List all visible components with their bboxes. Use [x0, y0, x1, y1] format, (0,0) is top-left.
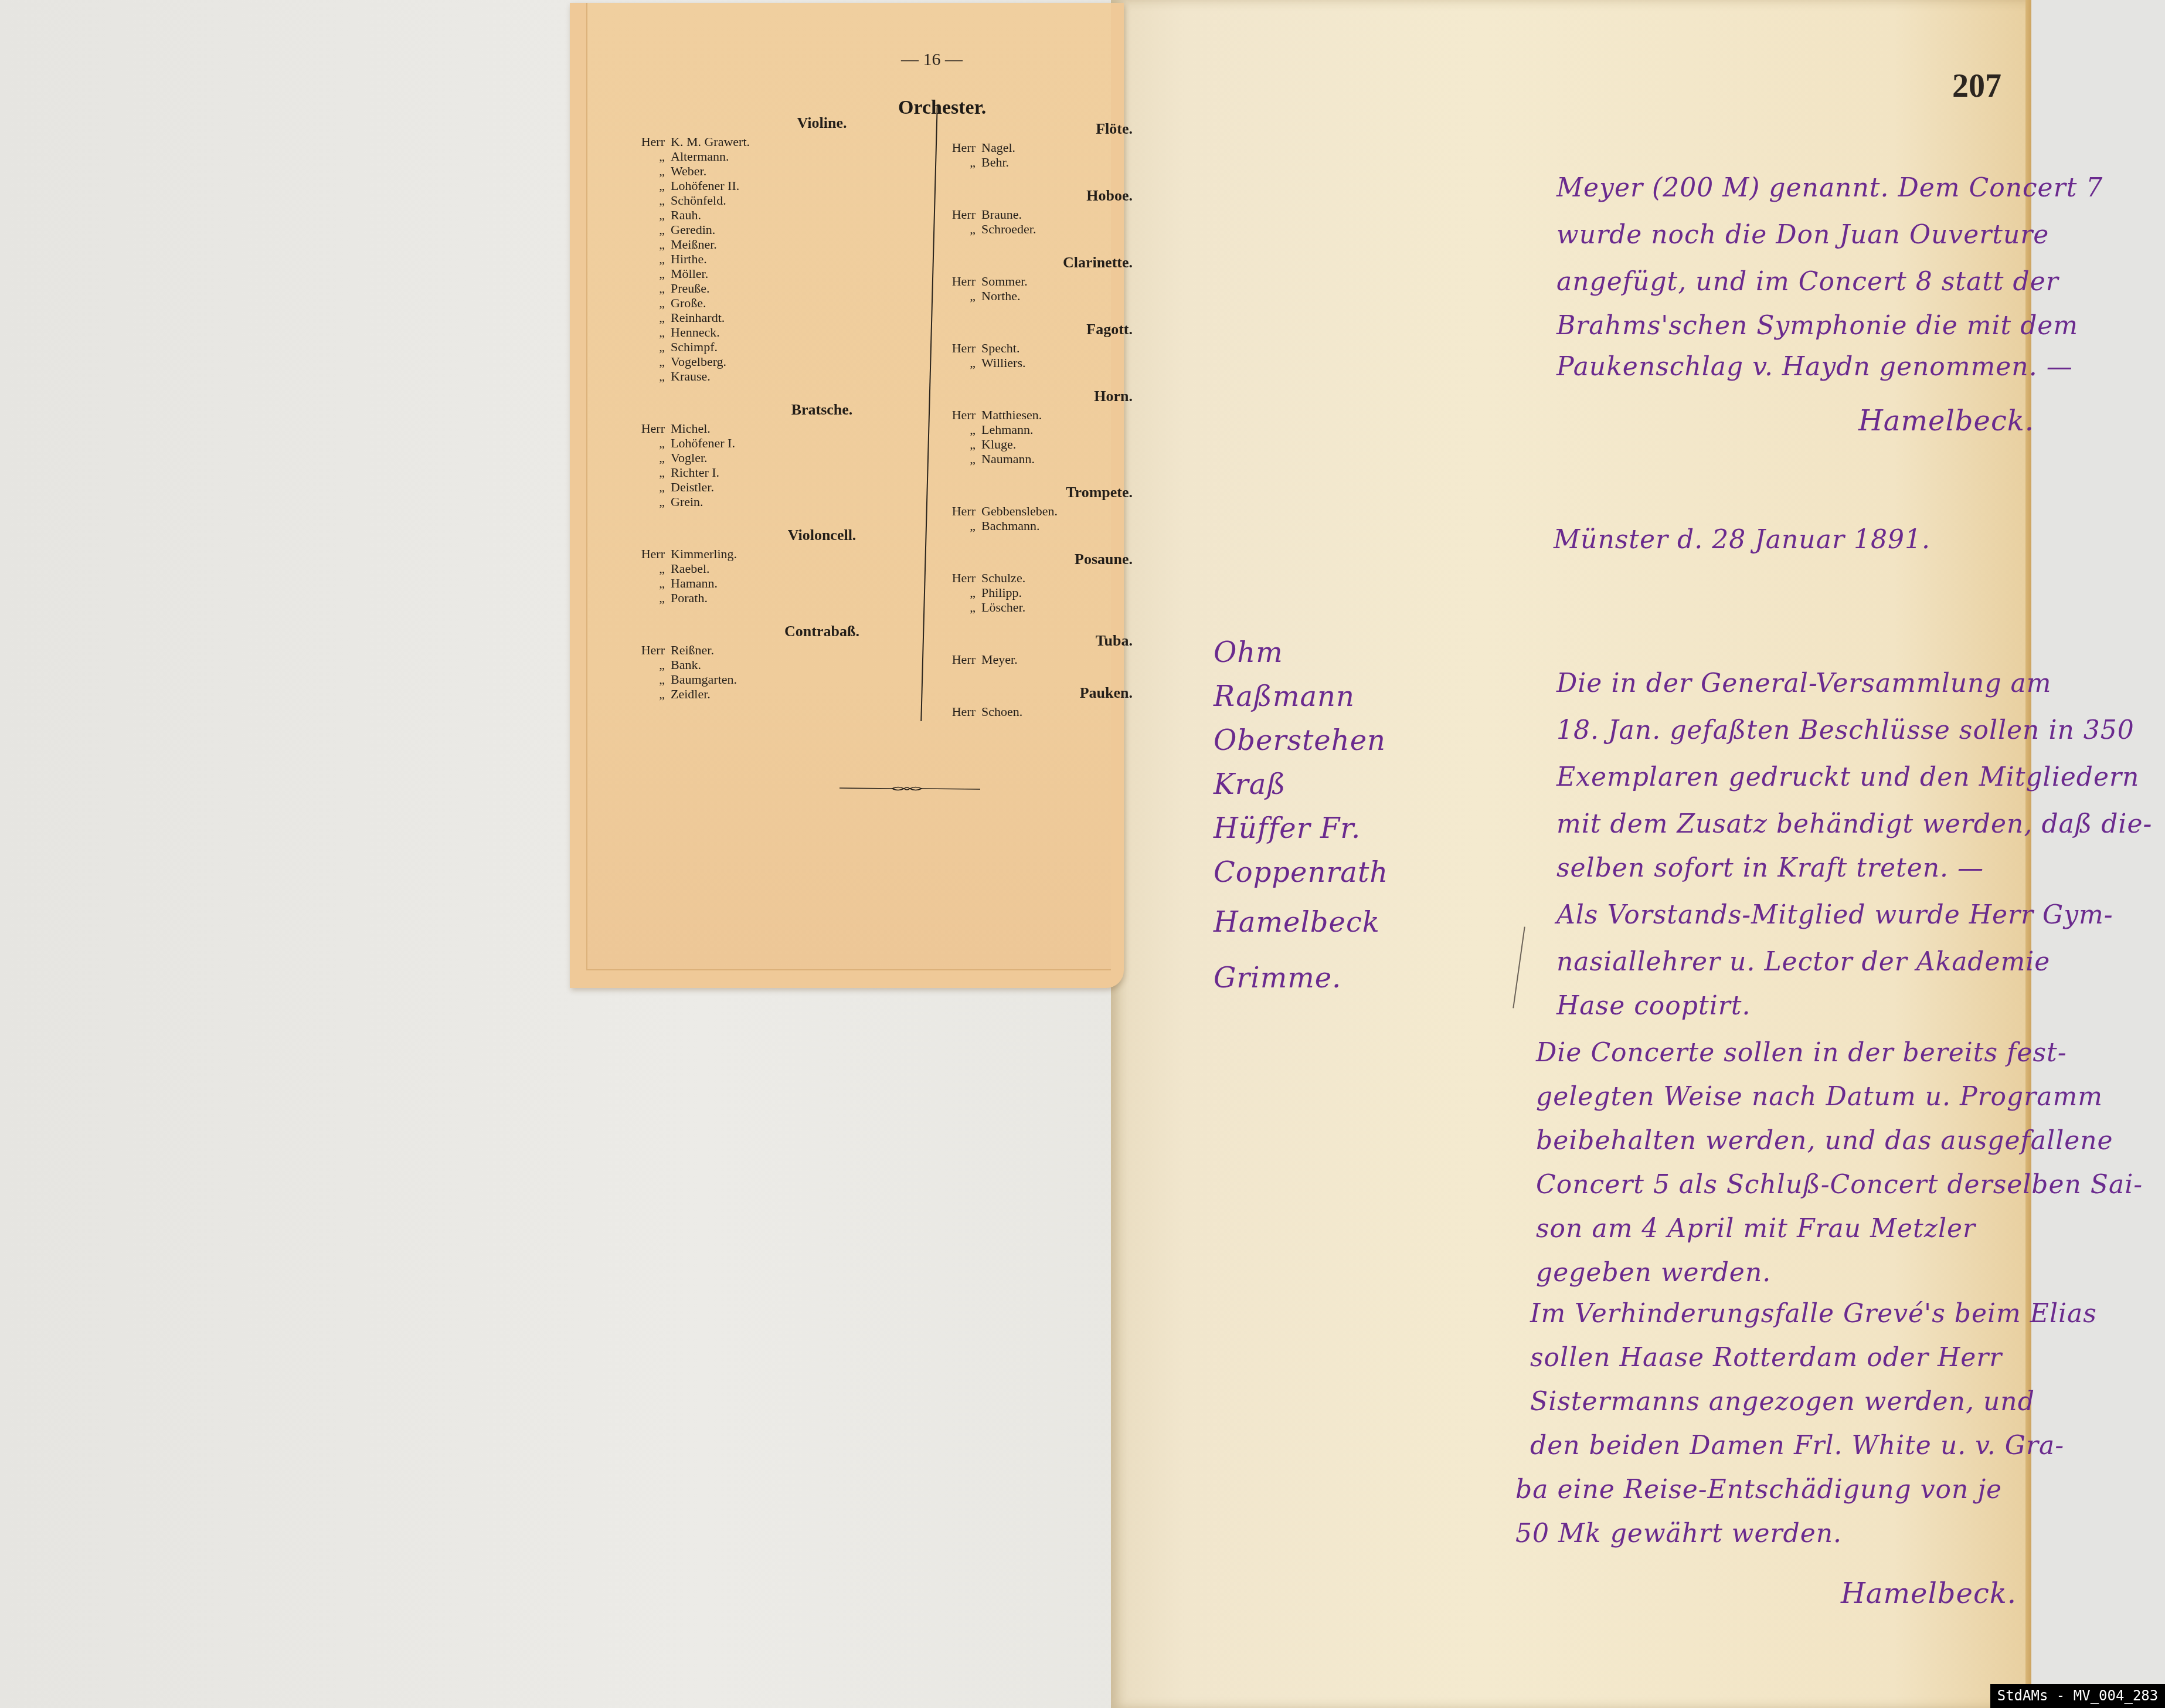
- signature: Hamelbeck.: [1841, 1577, 2017, 1610]
- member-name: Meißner.: [671, 237, 717, 252]
- section-heading: Tuba.: [945, 632, 1138, 650]
- member-name: Preuße.: [671, 281, 710, 296]
- member-prefix: „: [634, 687, 665, 701]
- member-name: Kluge.: [981, 437, 1016, 451]
- member-row: „Deistler.: [634, 480, 916, 494]
- instrument-section: Fagott.HerrSpecht.„Williers.: [945, 321, 1138, 370]
- member-prefix: „: [634, 178, 665, 193]
- member-prefix: „: [634, 237, 665, 252]
- member-row: „Geredin.: [634, 222, 916, 237]
- handwritten-line: Die Concerte sollen in der bereits fest-: [1536, 1038, 2067, 1068]
- section-heading: Pauken.: [945, 684, 1138, 702]
- member-row: „Schroeder.: [945, 222, 1138, 236]
- member-prefix: „: [634, 450, 665, 465]
- section-heading: Flöte.: [945, 120, 1138, 138]
- member-row: „Raebel.: [634, 561, 916, 576]
- instrument-section: Trompete.HerrGebbensleben.„Bachmann.: [945, 484, 1138, 533]
- section-heading: Violine.: [634, 114, 916, 132]
- member-row: „Lehmann.: [945, 422, 1138, 437]
- member-prefix: „: [634, 657, 665, 672]
- member-name: Rauh.: [671, 208, 701, 222]
- member-prefix: Herr: [945, 408, 976, 422]
- member-name: Bank.: [671, 657, 701, 672]
- member-prefix: Herr: [945, 571, 976, 585]
- section-heading: Hoboe.: [945, 187, 1138, 205]
- member-prefix: „: [634, 266, 665, 281]
- member-name: Reißner.: [671, 643, 714, 657]
- member-prefix: Herr: [945, 704, 976, 719]
- member-row: HerrReißner.: [634, 643, 916, 657]
- member-prefix: Herr: [634, 643, 665, 657]
- member-name: Lohöfener I.: [671, 436, 735, 450]
- member-row: HerrSpecht.: [945, 341, 1138, 355]
- member-row: HerrK. M. Grawert.: [634, 134, 916, 149]
- member-name: Grein.: [671, 494, 703, 509]
- member-name: Lehmann.: [981, 422, 1034, 437]
- handwritten-line: 50 Mk gewährt werden.: [1515, 1519, 1842, 1549]
- handwritten-line: son am 4 April mit Frau Metzler: [1536, 1214, 1976, 1244]
- member-name: Behr.: [981, 155, 1009, 169]
- column-divider: [920, 106, 937, 721]
- handwritten-line: ba eine Reise-Entschädigung von je: [1515, 1475, 2002, 1505]
- member-name: Altermann.: [671, 149, 729, 164]
- member-row: „Rauh.: [634, 208, 916, 222]
- member-name: Meyer.: [981, 652, 1018, 667]
- member-prefix: Herr: [945, 274, 976, 288]
- member-row: HerrMatthiesen.: [945, 408, 1138, 422]
- member-name: Nagel.: [981, 140, 1015, 155]
- attendee: Grimme.: [1214, 962, 1341, 994]
- member-name: Baumgarten.: [671, 672, 737, 687]
- member-row: HerrKimmerling.: [634, 546, 916, 561]
- member-prefix: „: [634, 310, 665, 325]
- attendee: Coppenrath: [1214, 856, 1388, 889]
- member-prefix: „: [634, 494, 665, 509]
- instrument-section: Horn.HerrMatthiesen.„Lehmann.„Kluge.„Nau…: [945, 388, 1138, 466]
- member-row: „Krause.: [634, 369, 916, 383]
- member-name: Reinhardt.: [671, 310, 725, 325]
- member-row: HerrBraune.: [945, 207, 1138, 222]
- instrument-section: Violine.HerrK. M. Grawert.„Altermann.„We…: [634, 114, 916, 383]
- member-name: Northe.: [981, 288, 1021, 303]
- member-row: „Lohöfener II.: [634, 178, 916, 193]
- member-row: „Behr.: [945, 155, 1138, 169]
- member-name: Schulze.: [981, 571, 1025, 585]
- handwritten-line: gelegten Weise nach Datum u. Programm: [1536, 1082, 2103, 1112]
- member-prefix: Herr: [945, 504, 976, 518]
- member-row: „Schimpf.: [634, 339, 916, 354]
- member-prefix: „: [634, 590, 665, 605]
- member-row: „Porath.: [634, 590, 916, 605]
- member-name: Michel.: [671, 421, 711, 436]
- member-prefix: „: [634, 672, 665, 687]
- member-name: Sommer.: [981, 274, 1028, 288]
- member-name: Große.: [671, 296, 706, 310]
- member-row: „Grein.: [634, 494, 916, 509]
- member-row: HerrSchoen.: [945, 704, 1138, 719]
- member-prefix: „: [634, 369, 665, 383]
- member-prefix: „: [634, 436, 665, 450]
- instrument-section: Pauken.HerrSchoen.: [945, 684, 1138, 719]
- section-heading: Fagott.: [945, 321, 1138, 338]
- program-page: — 16 — Orchester. Violine.HerrK. M. Graw…: [586, 3, 1111, 970]
- member-row: „Schönfeld.: [634, 193, 916, 208]
- member-prefix: „: [634, 252, 665, 266]
- member-name: Zeidler.: [671, 687, 711, 701]
- member-name: Gebbensleben.: [981, 504, 1058, 518]
- member-name: Hamann.: [671, 576, 718, 590]
- handwritten-line: Concert 5 als Schluß-Concert derselben S…: [1536, 1170, 2143, 1200]
- handwritten-line: wurde noch die Don Juan Ouverture: [1556, 220, 2049, 250]
- member-prefix: „: [945, 355, 976, 370]
- member-prefix: „: [945, 518, 976, 533]
- member-name: Vogler.: [671, 450, 708, 465]
- member-name: Geredin.: [671, 222, 715, 237]
- member-prefix: „: [634, 480, 665, 494]
- member-row: „Hamann.: [634, 576, 916, 590]
- member-name: Deistler.: [671, 480, 714, 494]
- member-prefix: „: [945, 600, 976, 614]
- member-name: Specht.: [981, 341, 1019, 355]
- ornament-divider-icon: [840, 786, 980, 792]
- handwritten-line: gegeben werden.: [1536, 1258, 1771, 1288]
- member-row: „Vogler.: [634, 450, 916, 465]
- member-name: Williers.: [981, 355, 1026, 370]
- member-row: „Möller.: [634, 266, 916, 281]
- member-name: Raebel.: [671, 561, 710, 576]
- member-prefix: „: [945, 155, 976, 169]
- signature: Hamelbeck.: [1858, 405, 2034, 437]
- member-row: „Löscher.: [945, 600, 1138, 614]
- member-row: „Richter I.: [634, 465, 916, 480]
- handwritten-line: mit dem Zusatz behändigt werden, daß die…: [1556, 809, 2152, 839]
- member-prefix: Herr: [634, 421, 665, 436]
- member-prefix: Herr: [945, 207, 976, 222]
- member-row: „Baumgarten.: [634, 672, 916, 687]
- member-prefix: „: [634, 281, 665, 296]
- date-line: Münster d. 28 Januar 1891.: [1554, 525, 1931, 555]
- member-prefix: Herr: [945, 652, 976, 667]
- member-prefix: „: [634, 222, 665, 237]
- section-heading: Clarinette.: [945, 254, 1138, 271]
- member-name: Richter I.: [671, 465, 719, 480]
- member-row: „Große.: [634, 296, 916, 310]
- member-name: Schönfeld.: [671, 193, 726, 208]
- program-sheet: — 16 — Orchester. Violine.HerrK. M. Graw…: [570, 3, 1124, 988]
- instrument-section: Bratsche.HerrMichel.„Lohöfener I.„Vogler…: [634, 401, 916, 509]
- handwritten-line: Als Vorstands-Mitglied wurde Herr Gym-: [1556, 900, 2113, 930]
- member-name: Schoen.: [981, 704, 1022, 719]
- member-name: Matthiesen.: [981, 408, 1042, 422]
- member-prefix: „: [945, 437, 976, 451]
- member-row: HerrSchulze.: [945, 571, 1138, 585]
- member-row: HerrNagel.: [945, 140, 1138, 155]
- section-heading: Contrabaß.: [634, 623, 916, 640]
- member-name: Porath.: [671, 590, 708, 605]
- member-name: Schroeder.: [981, 222, 1036, 236]
- member-prefix: „: [634, 208, 665, 222]
- member-prefix: „: [945, 451, 976, 466]
- handwritten-line: Meyer (200 M) genannt. Dem Concert 7: [1556, 173, 2103, 203]
- handwritten-line: sollen Haase Rotterdam oder Herr: [1530, 1343, 2002, 1373]
- member-prefix: „: [945, 585, 976, 600]
- attendee: Raßmann: [1214, 680, 1355, 713]
- member-prefix: „: [634, 164, 665, 178]
- member-prefix: „: [634, 296, 665, 310]
- member-name: Braune.: [981, 207, 1022, 222]
- member-prefix: „: [945, 422, 976, 437]
- program-page-number: — 16 —: [901, 50, 963, 70]
- attendee: Hamelbeck: [1214, 906, 1380, 939]
- instrument-section: Flöte.HerrNagel.„Behr.: [945, 120, 1138, 169]
- member-prefix: „: [634, 354, 665, 369]
- member-name: Krause.: [671, 369, 711, 383]
- member-prefix: Herr: [634, 134, 665, 149]
- handwritten-line: Paukenschlag v. Haydn genommen. —: [1556, 352, 2073, 382]
- instrument-section: Clarinette.HerrSommer.„Northe.: [945, 254, 1138, 303]
- member-prefix: „: [634, 193, 665, 208]
- member-prefix: „: [945, 222, 976, 236]
- member-row: „Vogelberg.: [634, 354, 916, 369]
- member-name: Weber.: [671, 164, 706, 178]
- handwritten-line: Exemplaren gedruckt und den Mitgliedern: [1556, 762, 2139, 792]
- member-name: Vogelberg.: [671, 354, 726, 369]
- member-row: „Henneck.: [634, 325, 916, 339]
- member-row: „Weber.: [634, 164, 916, 178]
- member-row: „Altermann.: [634, 149, 916, 164]
- member-prefix: „: [634, 576, 665, 590]
- member-prefix: „: [634, 339, 665, 354]
- member-name: Schimpf.: [671, 339, 718, 354]
- instrument-section: Hoboe.HerrBraune.„Schroeder.: [945, 187, 1138, 236]
- instrument-section: Violoncell.HerrKimmerling.„Raebel.„Haman…: [634, 527, 916, 605]
- member-row: „Philipp.: [945, 585, 1138, 600]
- member-prefix: „: [634, 149, 665, 164]
- member-row: „Naumann.: [945, 451, 1138, 466]
- member-row: HerrSommer.: [945, 274, 1138, 288]
- member-row: HerrMeyer.: [945, 652, 1138, 667]
- member-name: Naumann.: [981, 451, 1035, 466]
- handwritten-line: angefügt, und im Concert 8 statt der: [1556, 267, 2059, 297]
- archive-label: StdAMs - MV_004_283: [1990, 1684, 2165, 1708]
- member-prefix: „: [945, 288, 976, 303]
- member-name: Henneck.: [671, 325, 720, 339]
- right-column: Flöte.HerrNagel.„Behr.Hoboe.HerrBraune.„…: [945, 120, 1138, 736]
- member-row: „Bachmann.: [945, 518, 1138, 533]
- member-row: „Hirthe.: [634, 252, 916, 266]
- handwritten-line: den beiden Damen Frl. White u. v. Gra-: [1530, 1431, 2064, 1461]
- left-column: Violine.HerrK. M. Grawert.„Altermann.„We…: [634, 114, 916, 719]
- member-prefix: Herr: [945, 341, 976, 355]
- instrument-section: Tuba.HerrMeyer.: [945, 632, 1138, 667]
- member-name: Kimmerling.: [671, 546, 737, 561]
- attendee: Ohm: [1214, 636, 1283, 669]
- folio-number: 207: [1952, 67, 2001, 105]
- handwritten-line: 18. Jan. gefaßten Beschlüsse sollen in 3…: [1556, 715, 2135, 745]
- member-prefix: Herr: [945, 140, 976, 155]
- member-name: Bachmann.: [981, 518, 1040, 533]
- instrument-section: Contrabaß.HerrReißner.„Bank.„Baumgarten.…: [634, 623, 916, 701]
- instrument-section: Posaune.HerrSchulze.„Philipp.„Löscher.: [945, 551, 1138, 614]
- member-row: „Lohöfener I.: [634, 436, 916, 450]
- section-heading: Bratsche.: [634, 401, 916, 419]
- member-row: „Reinhardt.: [634, 310, 916, 325]
- member-prefix: „: [634, 561, 665, 576]
- handwritten-line: Die in der General-Versammlung am: [1556, 668, 2052, 698]
- section-heading: Trompete.: [945, 484, 1138, 501]
- member-name: Möller.: [671, 266, 708, 281]
- handwritten-line: beibehalten werden, und das ausgefallene: [1536, 1126, 2113, 1156]
- member-prefix: „: [634, 325, 665, 339]
- member-name: Löscher.: [981, 600, 1025, 614]
- member-prefix: „: [634, 465, 665, 480]
- attendee: Hüffer Fr.: [1214, 812, 1361, 845]
- member-name: Hirthe.: [671, 252, 707, 266]
- member-prefix: Herr: [634, 546, 665, 561]
- handwritten-line: nasiallehrer u. Lector der Akademie: [1556, 947, 2050, 977]
- handwritten-line: Sistermanns angezogen werden, und: [1530, 1387, 2035, 1417]
- section-heading: Horn.: [945, 388, 1138, 405]
- handwritten-line: Im Verhinderungsfalle Grevé's beim Elias: [1530, 1299, 2097, 1329]
- member-row: HerrGebbensleben.: [945, 504, 1138, 518]
- member-row: „Northe.: [945, 288, 1138, 303]
- member-row: HerrMichel.: [634, 421, 916, 436]
- member-row: „Williers.: [945, 355, 1138, 370]
- member-name: K. M. Grawert.: [671, 134, 750, 149]
- member-row: „Bank.: [634, 657, 916, 672]
- member-row: „Meißner.: [634, 237, 916, 252]
- section-heading: Violoncell.: [634, 527, 916, 544]
- member-row: „Preuße.: [634, 281, 916, 296]
- member-name: Philipp.: [981, 585, 1022, 600]
- attendee: Oberstehen: [1214, 724, 1386, 757]
- handwritten-line: Hase cooptirt.: [1556, 991, 1751, 1021]
- member-row: „Kluge.: [945, 437, 1138, 451]
- section-heading: Posaune.: [945, 551, 1138, 568]
- handwritten-line: Brahms'schen Symphonie die mit dem: [1556, 311, 2078, 341]
- member-name: Lohöfener II.: [671, 178, 739, 193]
- member-row: „Zeidler.: [634, 687, 916, 701]
- handwritten-line: selben sofort in Kraft treten. —: [1556, 853, 1984, 883]
- attendee: Kraß: [1214, 768, 1286, 801]
